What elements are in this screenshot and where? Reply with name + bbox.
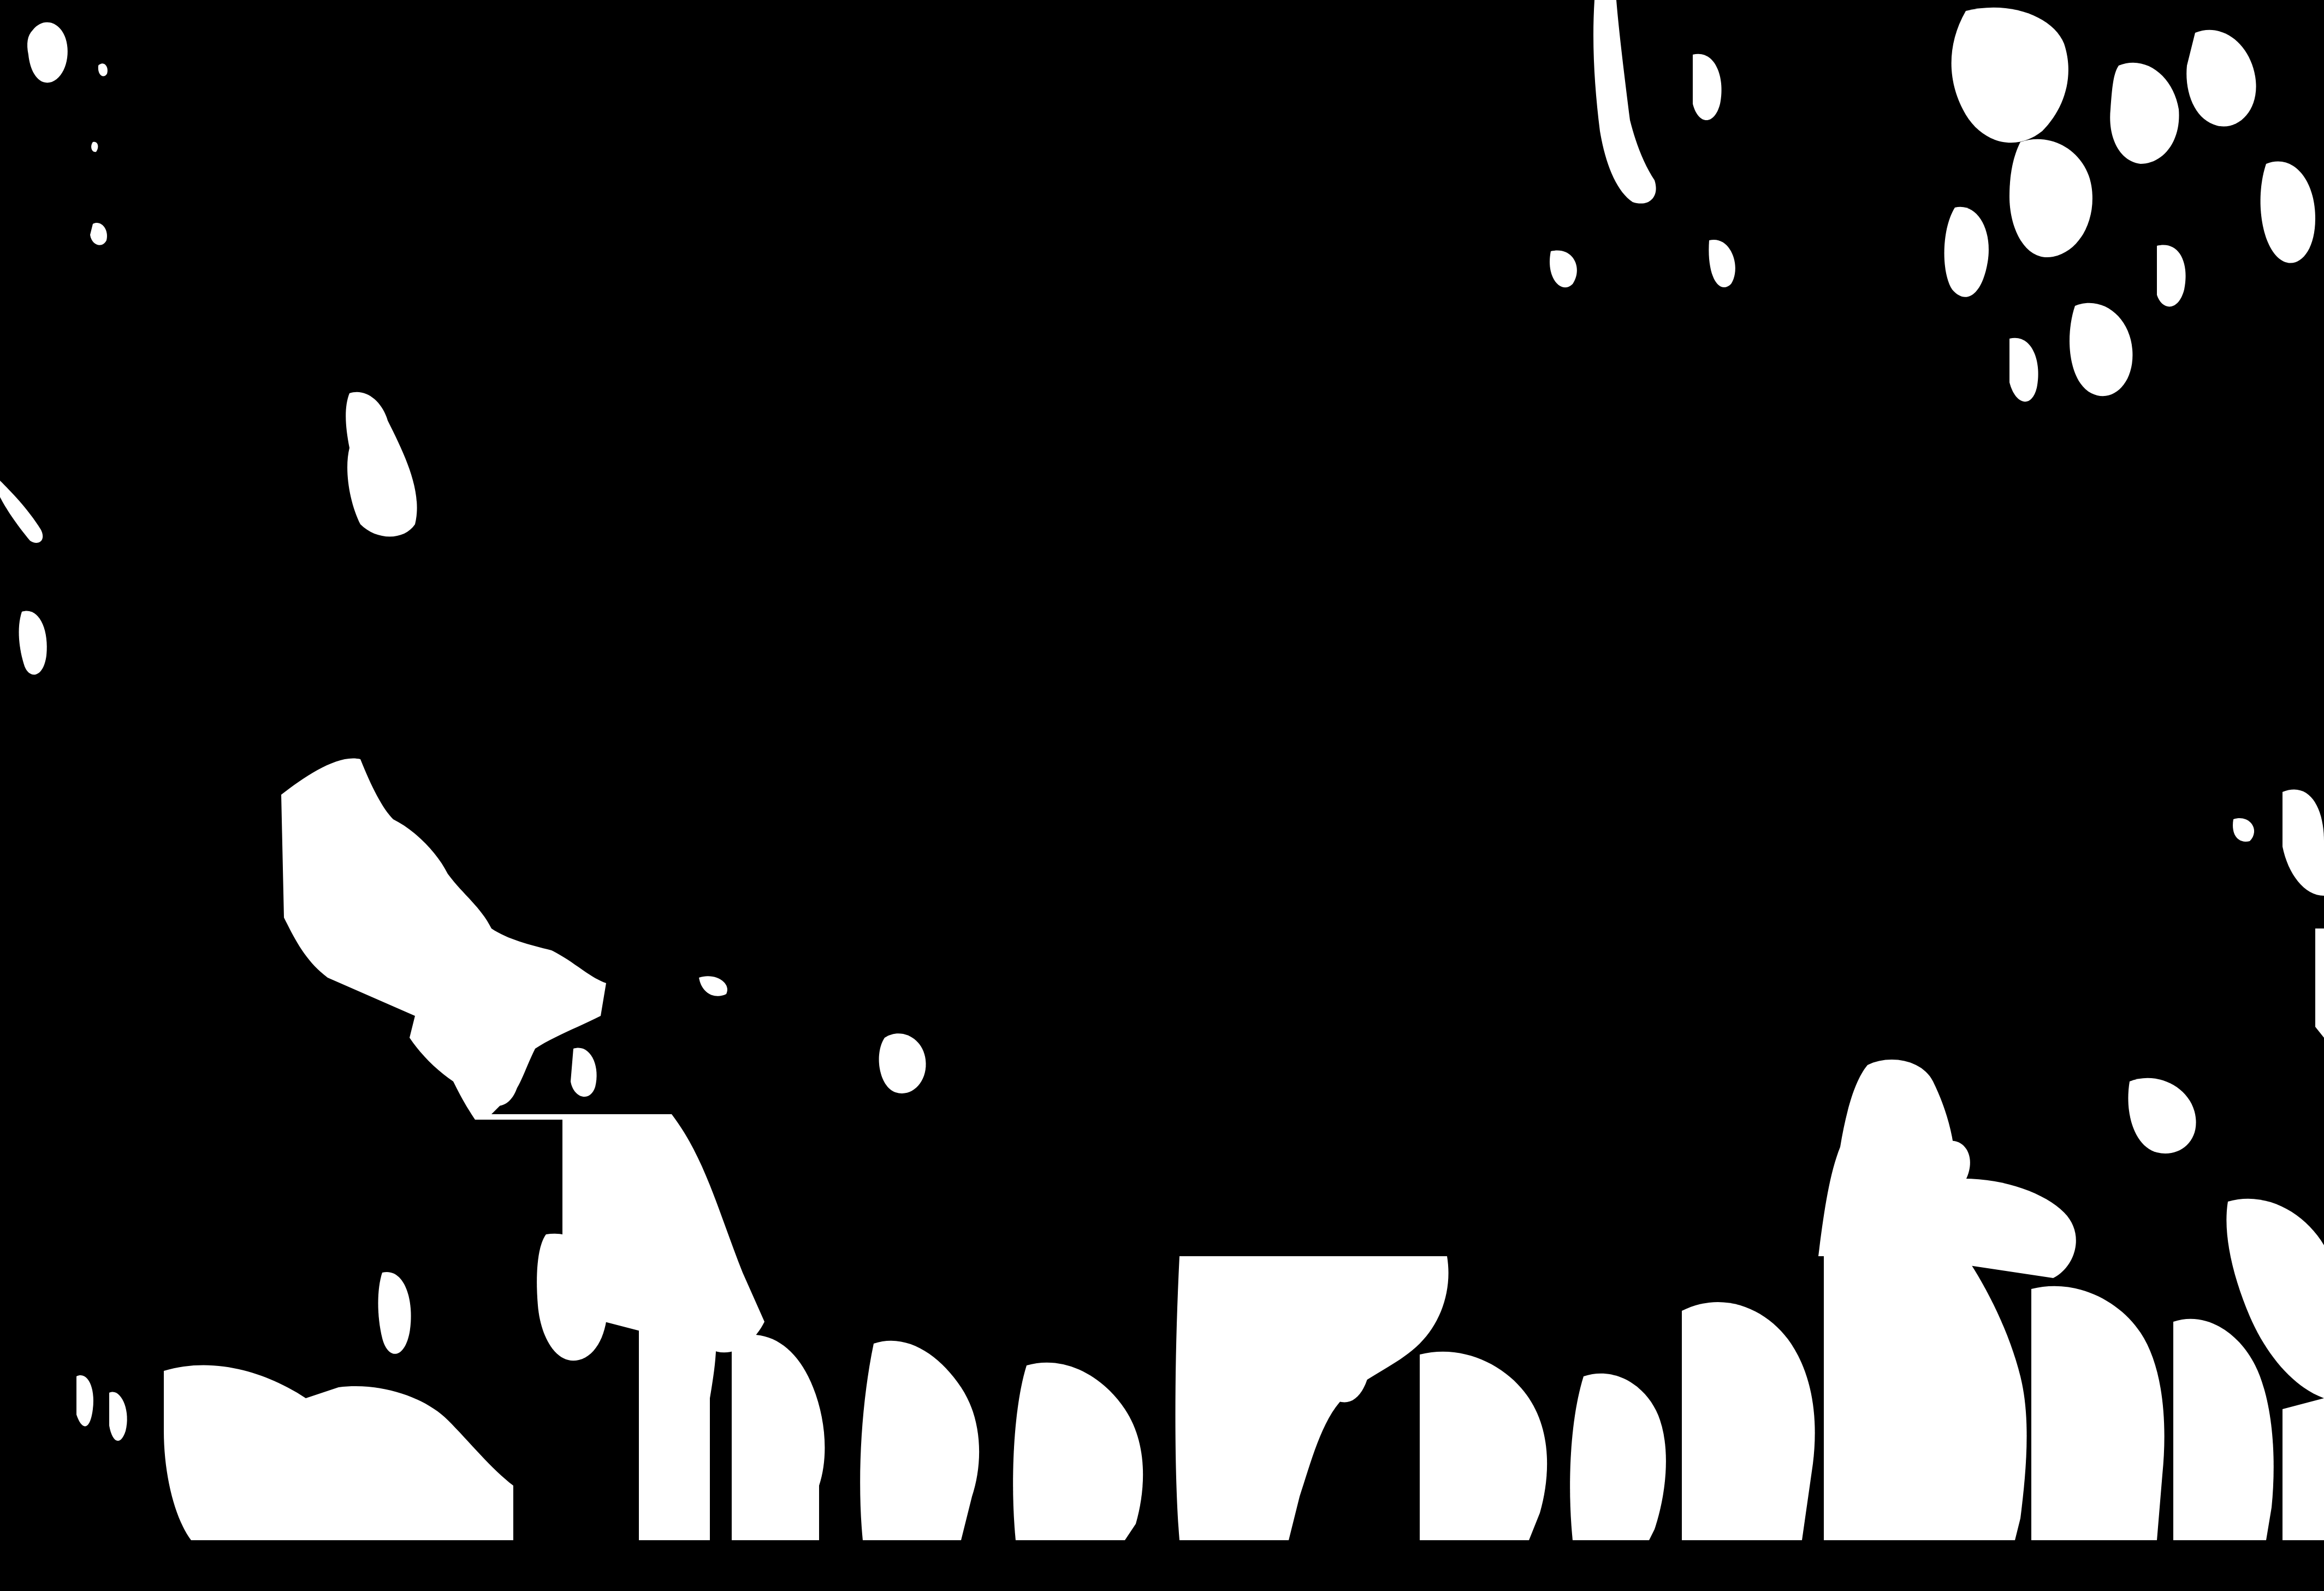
segmentation-mask-image bbox=[0, 0, 2324, 1591]
